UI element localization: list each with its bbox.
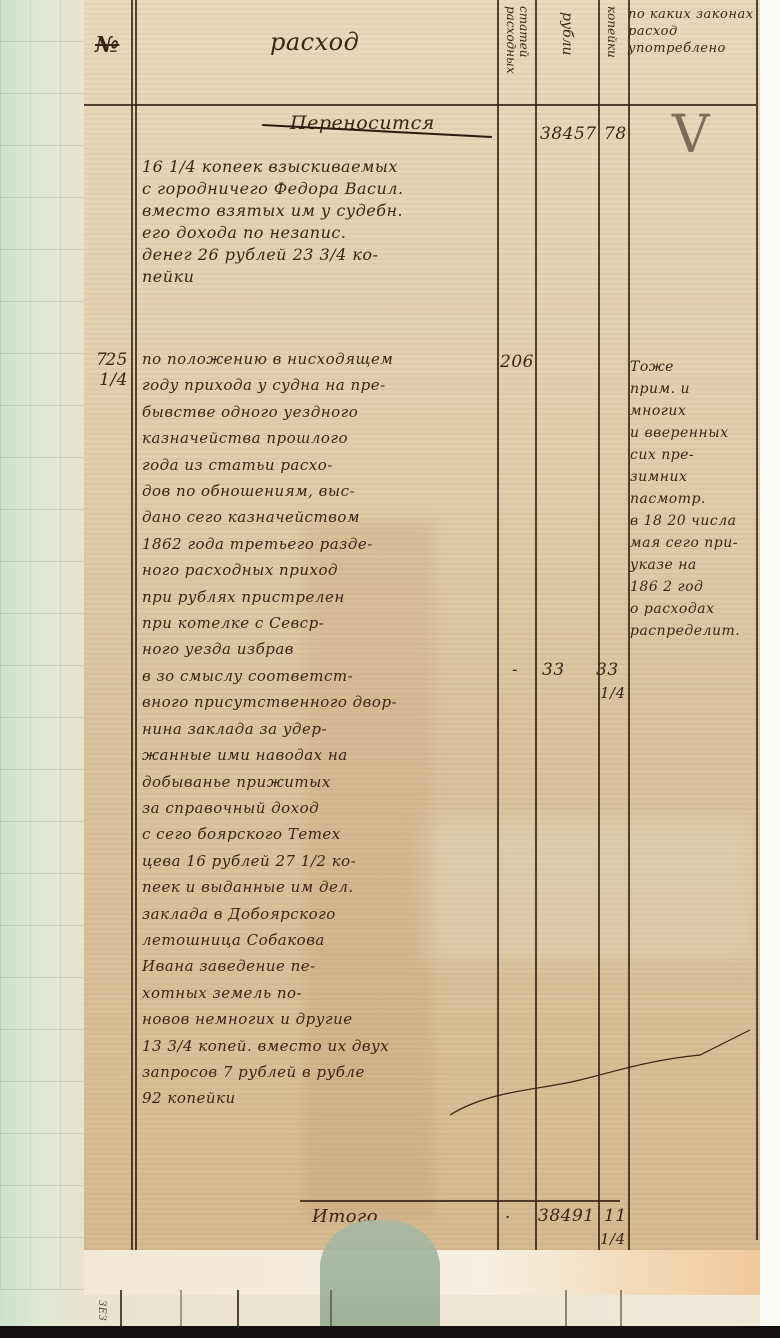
text-line: 16 1/4 копеек взыскиваемых [142, 156, 497, 178]
ruler-tick [620, 1290, 622, 1326]
header-number-column: № [95, 32, 119, 58]
total-rubles: 38491 [538, 1206, 595, 1226]
text-line: ного расходных приход [142, 557, 497, 583]
entry-1-note: Тоже прим. и многих и вверенных сих пре-… [630, 356, 756, 642]
ruler-tick [120, 1290, 122, 1326]
total-dot: · [505, 1208, 511, 1228]
ruler-tick [237, 1290, 239, 1326]
text-line: заклада в Добоярского [142, 901, 497, 927]
text-line: с сего боярского Тетех [142, 821, 497, 847]
entry-1-kopecks: 33 [596, 660, 619, 680]
entry-1-kopecks-fraction: 1/4 [600, 684, 626, 702]
text-line: году прихода у судна на пре- [142, 372, 497, 398]
text-line: новов немногих и другие [142, 1006, 497, 1032]
backing-grid-paper [0, 0, 90, 1290]
text-line: пеек и выданные им дел. [142, 874, 497, 900]
entry-1-dash: - [512, 660, 518, 680]
entry-1-clause: 206 [500, 352, 534, 372]
rule-header-bottom [84, 104, 756, 106]
total-kopecks-fraction: 1/4 [600, 1230, 626, 1248]
text-line: с городничего Федора Васил. [142, 178, 497, 200]
text-line: 1862 года третьего разде- [142, 531, 497, 557]
text-line: летошница Собакова [142, 927, 497, 953]
note-line: мая сего при- [630, 532, 756, 554]
text-line: 13 3/4 копей. вместо их двух [142, 1033, 497, 1059]
text-line: вместо взятых им у судебн. [142, 200, 497, 222]
rule-col-number [131, 0, 133, 1250]
note-line: многих [630, 400, 756, 422]
repair-tape [320, 1220, 440, 1338]
text-line: хотных земель по- [142, 980, 497, 1006]
checkmark-v: V [672, 105, 710, 165]
note-line: пасмотр. [630, 488, 756, 510]
header-title: расход [270, 28, 359, 56]
ruler-tick [180, 1290, 182, 1326]
ruler-tick [330, 1290, 332, 1326]
paper-tear [450, 1020, 750, 1130]
right-margin [760, 0, 780, 1338]
carry-forward-kopecks: 78 [604, 124, 627, 144]
text-line: года из статьи расхо- [142, 452, 497, 478]
text-line: жанные ими наводах на [142, 742, 497, 768]
text-line: дано сего казначейством [142, 504, 497, 530]
ruler-tick [565, 1290, 567, 1326]
note-line: о расходах [630, 598, 756, 620]
text-line: денег 26 рублей 23 3/4 ко- [142, 244, 497, 266]
text-line: ного уезда избрав [142, 636, 497, 662]
text-line: казначейства прошлого [142, 425, 497, 451]
scan-edge [0, 1326, 780, 1338]
text-line: 92 копейки [142, 1085, 497, 1111]
note-line: Тоже [630, 356, 756, 378]
text-line: добыванье прижитых [142, 769, 497, 795]
note-line: зимних [630, 466, 756, 488]
ruler-label: ЗЕЗ [96, 1300, 107, 1321]
header-kopecks: копейки [605, 6, 618, 96]
carry-forward-rubles: 38457 [540, 124, 597, 144]
note-line: 186 2 год [630, 576, 756, 598]
note-line: сих пре- [630, 444, 756, 466]
entry-1-article-number: 25 1/4 [88, 350, 128, 390]
text-line: вного присутственного двор- [142, 689, 497, 715]
text-line: при котелке с Севср- [142, 610, 497, 636]
text-line: за справочный доход [142, 795, 497, 821]
text-line: его дохода по незапис. [142, 222, 497, 244]
text-line: запросов 7 рублей в рубле [142, 1059, 497, 1085]
note-line: в 18 20 числа [630, 510, 756, 532]
rule-col-note-end [756, 0, 758, 1240]
entry-0-text: 16 1/4 копеек взыскиваемых с городничего… [142, 156, 497, 288]
text-line: нина заклада за удер- [142, 716, 497, 742]
text-line: при рублях пристрелен [142, 584, 497, 610]
note-line: указе на [630, 554, 756, 576]
rule-col-number-double [135, 0, 137, 1250]
text-line: в зо смыслу соответст- [142, 663, 497, 689]
text-line: Ивана заведение пе- [142, 953, 497, 979]
header-expense-clauses: статей расходных [504, 6, 530, 102]
note-line: распределит. [630, 620, 756, 642]
text-line: цева 16 рублей 27 1/2 ко- [142, 848, 497, 874]
text-line: дов по обношениям, выс- [142, 478, 497, 504]
header-note: по каких законах расход употреблено [628, 6, 758, 57]
note-line: прим. и [630, 378, 756, 400]
entry-1-rubles: 33 [542, 660, 565, 680]
rule-total [300, 1200, 620, 1202]
total-kopecks: 11 [604, 1206, 627, 1226]
header-rubles: рубли [560, 12, 573, 102]
text-line: по положению в нисходящем [142, 346, 497, 372]
text-line: бывстве одного уездного [142, 399, 497, 425]
text-line: пейки [142, 266, 497, 288]
note-line: и вверенных [630, 422, 756, 444]
entry-1-text: по положению в нисходящем году прихода у… [142, 346, 497, 1112]
